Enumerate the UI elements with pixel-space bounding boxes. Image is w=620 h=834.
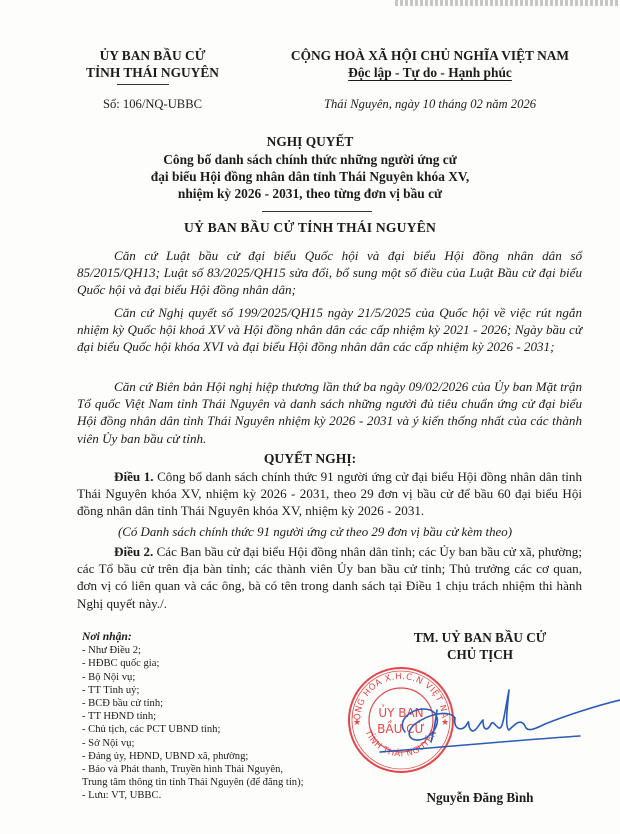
nation-name: CỘNG HOÀ XÃ HỘI CHỦ NGHĨA VIỆT NAM [255,47,605,64]
preamble-paragraph: Căn cứ Biên bản Hội nghị hiệp thương lần… [77,378,582,447]
signer-position: CHỦ TỊCH [360,647,600,664]
org-line-2: TỈNH THÁI NGUYÊN [70,64,235,81]
signer-name: Nguyễn Đăng Bình [360,790,600,806]
scan-header-stamp [395,0,620,6]
national-heading: CỘNG HOÀ XÃ HỘI CHỦ NGHĨA VIỆT NAM Độc l… [255,47,605,81]
article-2: Điều 2. Các Ban bầu cử đại biểu Hội đồng… [77,543,582,612]
on-behalf-of: TM. UỶ BAN BẦU CỬ [360,630,600,647]
recipient-item: Trung tâm thông tin tỉnh Thái Nguyên (để… [82,776,342,789]
recipient-item: - Lưu: VT, UBBC. [82,789,342,802]
article-text: Các Ban bầu cử đại biểu Hội đồng nhân dâ… [77,544,582,611]
recipient-item: - TT Tỉnh uỷ; [82,684,342,697]
recipient-item: - Như Điều 2; [82,644,342,657]
decision-heading: QUYẾT NGHỊ: [60,451,560,467]
issuing-organization: ỦY BAN BẦU CỬ TỈNH THÁI NGUYÊN [70,47,235,81]
subject-line: đại biểu Hội đồng nhân dân tỉnh Thái Ngu… [60,168,560,185]
subject-line: nhiệm kỳ 2026 - 2031, theo từng đơn vị b… [60,185,560,202]
document-number: Số: 106/NQ-UBBC [70,97,235,112]
national-motto: Độc lập - Tự do - Hạnh phúc [348,65,512,80]
recipient-item: - Báo và Phát thanh, Truyền hình Thái Ng… [82,763,342,776]
place-date: Thái Nguyên, ngày 10 tháng 02 năm 2026 [255,97,605,112]
document-title: NGHỊ QUYẾT Công bố danh sách chính thức … [60,133,560,202]
recipient-item: - Chủ tịch, các PCT UBND tỉnh; [82,723,342,736]
article-label: Điều 1. [114,469,154,484]
svg-text:★: ★ [353,718,361,728]
preamble-paragraph: Căn cứ Nghị quyết số 199/2025/QH15 ngày … [77,304,582,356]
recipient-item: - HĐBC quốc gia; [82,657,342,670]
issuing-authority: UỶ BAN BẦU CỬ TỈNH THÁI NGUYÊN [60,220,560,236]
recipient-item: - Đảng ủy, HĐND, UBND xã, phường; [82,750,342,763]
title-divider [262,211,372,212]
signature-block: TM. UỶ BAN BẦU CỬ CHỦ TỊCH [360,630,600,663]
org-line-1: ỦY BAN BẦU CỬ [70,47,235,64]
recipient-item: - TT HĐND tỉnh; [82,710,342,723]
subject-line: Công bố danh sách chính thức những người… [60,151,560,168]
document-type: NGHỊ QUYẾT [60,133,560,150]
article-text: Công bố danh sách chính thức 91 người ứn… [77,469,582,518]
article-1: Điều 1. Công bố danh sách chính thức 91 … [77,468,582,520]
recipients-heading: Nơi nhận: [82,630,342,643]
annex-note: (Có Danh sách chính thức 91 người ứng cử… [60,525,570,540]
preamble-paragraph: Căn cứ Luật bầu cử đại biểu Quốc hội và … [77,247,582,299]
org-divider [117,84,169,85]
recipient-item: - Bộ Nội vụ; [82,671,342,684]
recipient-item: - Sở Nội vụ; [82,737,342,750]
recipients-list: Nơi nhận: - Như Điều 2; - HĐBC quốc gia;… [82,630,342,803]
article-label: Điều 2. [114,544,153,559]
handwritten-signature-icon [375,680,620,760]
recipient-item: - BCĐ bầu cử tỉnh; [82,697,342,710]
